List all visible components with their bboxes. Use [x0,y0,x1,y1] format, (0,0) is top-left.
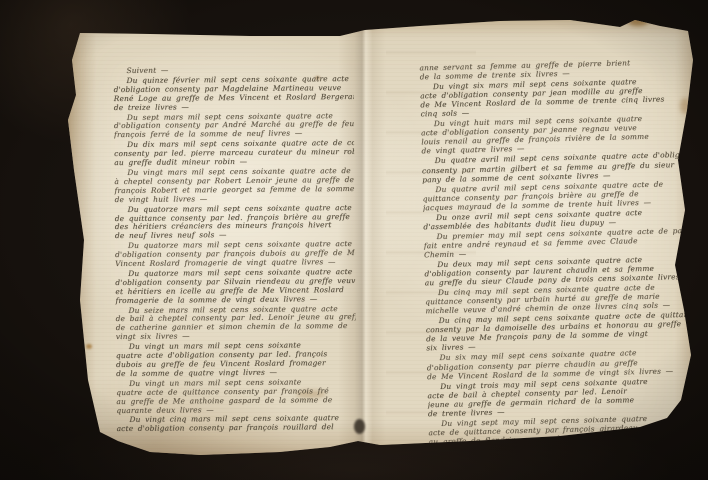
register-entry: Du quatorze mars mil sept cens soixante … [115,204,355,242]
manuscript-spread: Suivent —Du quinze février mil sept cens… [68,16,700,462]
paper-tear-stain [628,17,648,26]
register-entry: Du vingt huit mars mil sept cens soixant… [421,113,696,156]
register-entry: Du vingt mars mil sept cens soixante qua… [114,167,354,205]
register-entry: Du vingt six mars mil sept cens soixante… [420,76,695,119]
register-entry: Du quatorze mars mil sept cens soixante … [115,240,355,269]
register-entry: Du vingt un mars mil sept cens soixanteq… [116,378,356,416]
foxing-spot [86,344,92,349]
register-entry: Du seize mars mil sept cens soixante qua… [115,305,355,343]
register-entry: Du vingt un mars mil sept cens soixanteq… [116,341,356,379]
manuscript-line: acte d'obligation consenty par françois … [117,423,357,434]
register-entry: Du cinq may mil sept cens soixante quatr… [426,310,701,353]
register-entry: Du vingt cinq mars mil sept cens soixant… [116,414,356,434]
right-page-text: anne servant sa femme au greffe de pierr… [419,57,702,448]
register-entry: Du quinze février mil sept cens soixante… [113,75,353,113]
register-entry: Du vingt trois may mil sept cens soixant… [427,375,702,418]
register-entry: Du sept mars mil sept cens soixante quat… [114,111,354,140]
register-entry: Du dix mars mil sept cens soixante quatr… [114,139,354,168]
left-page-text: Suivent —Du quinze février mil sept cens… [113,65,356,435]
manuscript-photo: Suivent —Du quinze février mil sept cens… [0,0,708,480]
register-entry: Du vingt sept may mil sept cens soixante… [428,412,703,446]
register-entry: Du quatorze mars mil sept cens soixante … [115,268,355,306]
